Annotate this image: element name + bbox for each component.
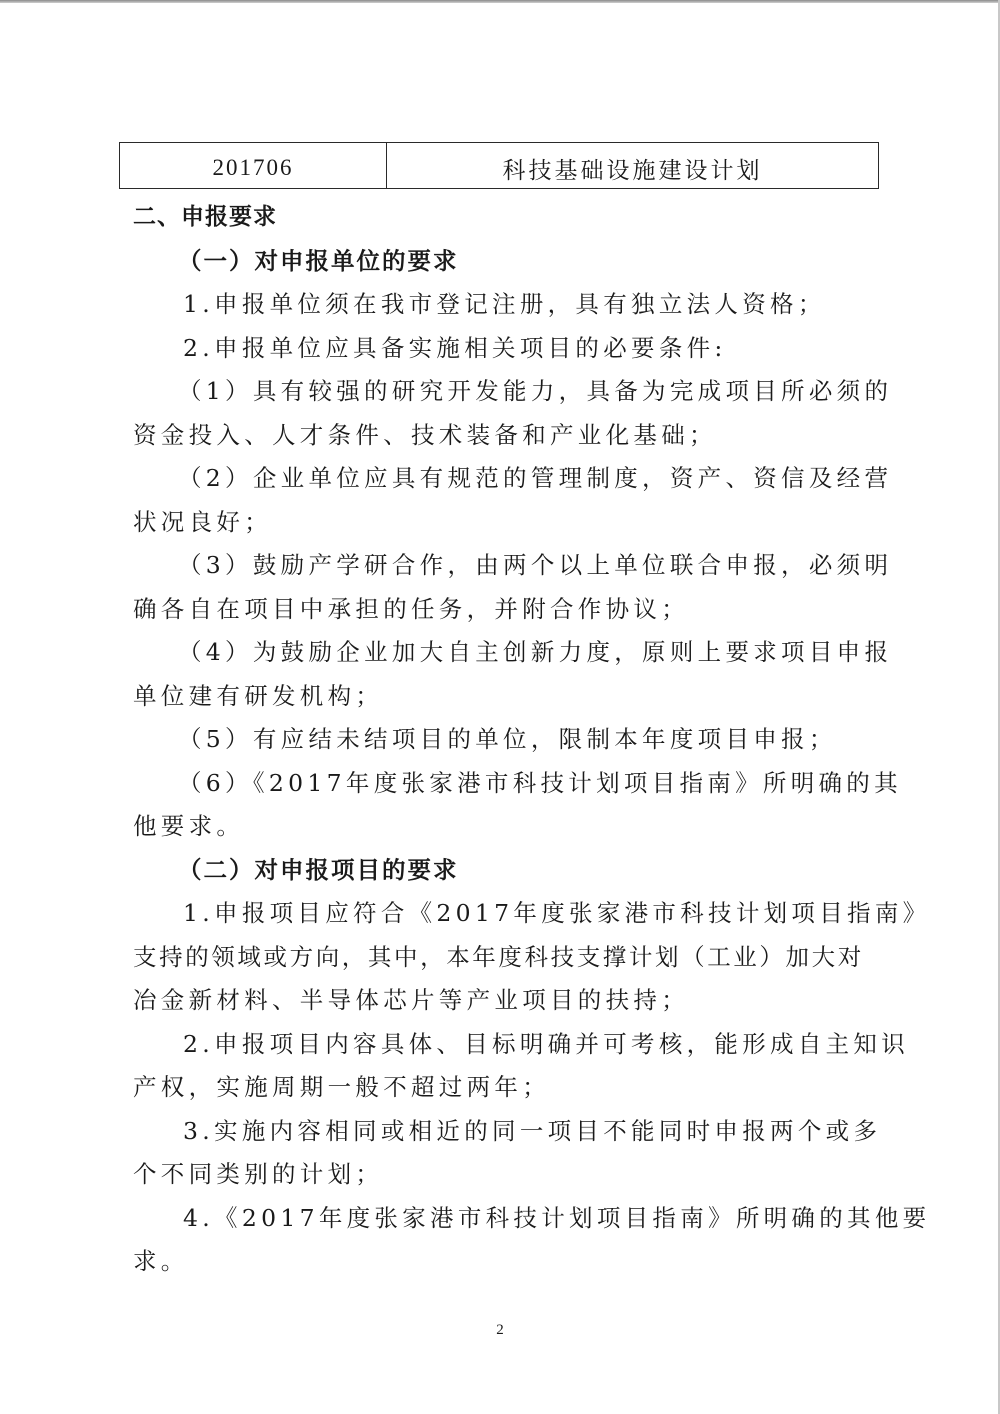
paragraph-line: 资金投入、人才条件、技术装备和产业化基础； bbox=[133, 414, 878, 458]
paragraph-line: 3.实施内容相同或相近的同一项目不能同时申报两个或多 bbox=[133, 1110, 878, 1154]
plan-name-cell: 科技基础设施建设计划 bbox=[387, 143, 879, 189]
paragraph-line: 2.申报项目内容具体、目标明确并可考核，能形成自主知识 bbox=[133, 1023, 878, 1067]
scan-top-edge bbox=[0, 0, 1000, 3]
paragraph-line: 个不同类别的计划； bbox=[133, 1153, 878, 1197]
paragraph-line: 单位建有研发机构； bbox=[133, 675, 878, 719]
paragraph-line: 1.申报项目应符合《2017年度张家港市科技计划项目指南》 bbox=[133, 892, 878, 936]
paragraph-line: 支持的领域或方向，其中，本年度科技支撑计划（工业）加大对 bbox=[133, 936, 878, 980]
plan-code-table: 201706 科技基础设施建设计划 bbox=[119, 142, 879, 189]
paragraph-line: 状况良好； bbox=[133, 501, 878, 545]
paragraph-line: （6）《2017年度张家港市科技计划项目指南》所明确的其 bbox=[133, 762, 878, 806]
paragraph-line: （3）鼓励产学研合作，由两个以上单位联合申报，必须明 bbox=[133, 544, 878, 588]
paragraph-line: 4.《2017年度张家港市科技计划项目指南》所明确的其他要 bbox=[133, 1197, 878, 1241]
paragraph-line: 2.申报单位应具备实施相关项目的必要条件: bbox=[133, 327, 878, 371]
paragraph-line: （4）为鼓励企业加大自主创新力度，原则上要求项目申报 bbox=[133, 631, 878, 675]
table-row: 201706 科技基础设施建设计划 bbox=[120, 143, 879, 189]
paragraph-line: 1.申报单位须在我市登记注册，具有独立法人资格； bbox=[133, 283, 878, 327]
paragraph-line: （1）具有较强的研究开发能力，具备为完成项目所必须的 bbox=[133, 370, 878, 414]
paragraph-line: 产权，实施周期一般不超过两年； bbox=[133, 1066, 878, 1110]
paragraph-line: 他要求。 bbox=[133, 805, 878, 849]
paragraph-line: （2）企业单位应具有规范的管理制度，资产、资信及经营 bbox=[133, 457, 878, 501]
section-heading: 二、申报要求 bbox=[133, 196, 878, 240]
page-number: 2 bbox=[0, 1322, 1000, 1339]
paragraph-line: 冶金新材料、半导体芯片等产业项目的扶持； bbox=[133, 979, 878, 1023]
paragraph-line: （5）有应结未结项目的单位，限制本年度项目申报； bbox=[133, 718, 878, 762]
subsection-heading-units: （一）对申报单位的要求 bbox=[133, 240, 878, 284]
paragraph-line: 确各自在项目中承担的任务，并附合作协议； bbox=[133, 588, 878, 632]
document-body: 二、申报要求 （一）对申报单位的要求 1.申报单位须在我市登记注册，具有独立法人… bbox=[133, 196, 878, 1284]
subsection-heading-projects: （二）对申报项目的要求 bbox=[133, 849, 878, 893]
plan-code-cell: 201706 bbox=[120, 143, 387, 189]
paragraph-line: 求。 bbox=[133, 1240, 878, 1284]
